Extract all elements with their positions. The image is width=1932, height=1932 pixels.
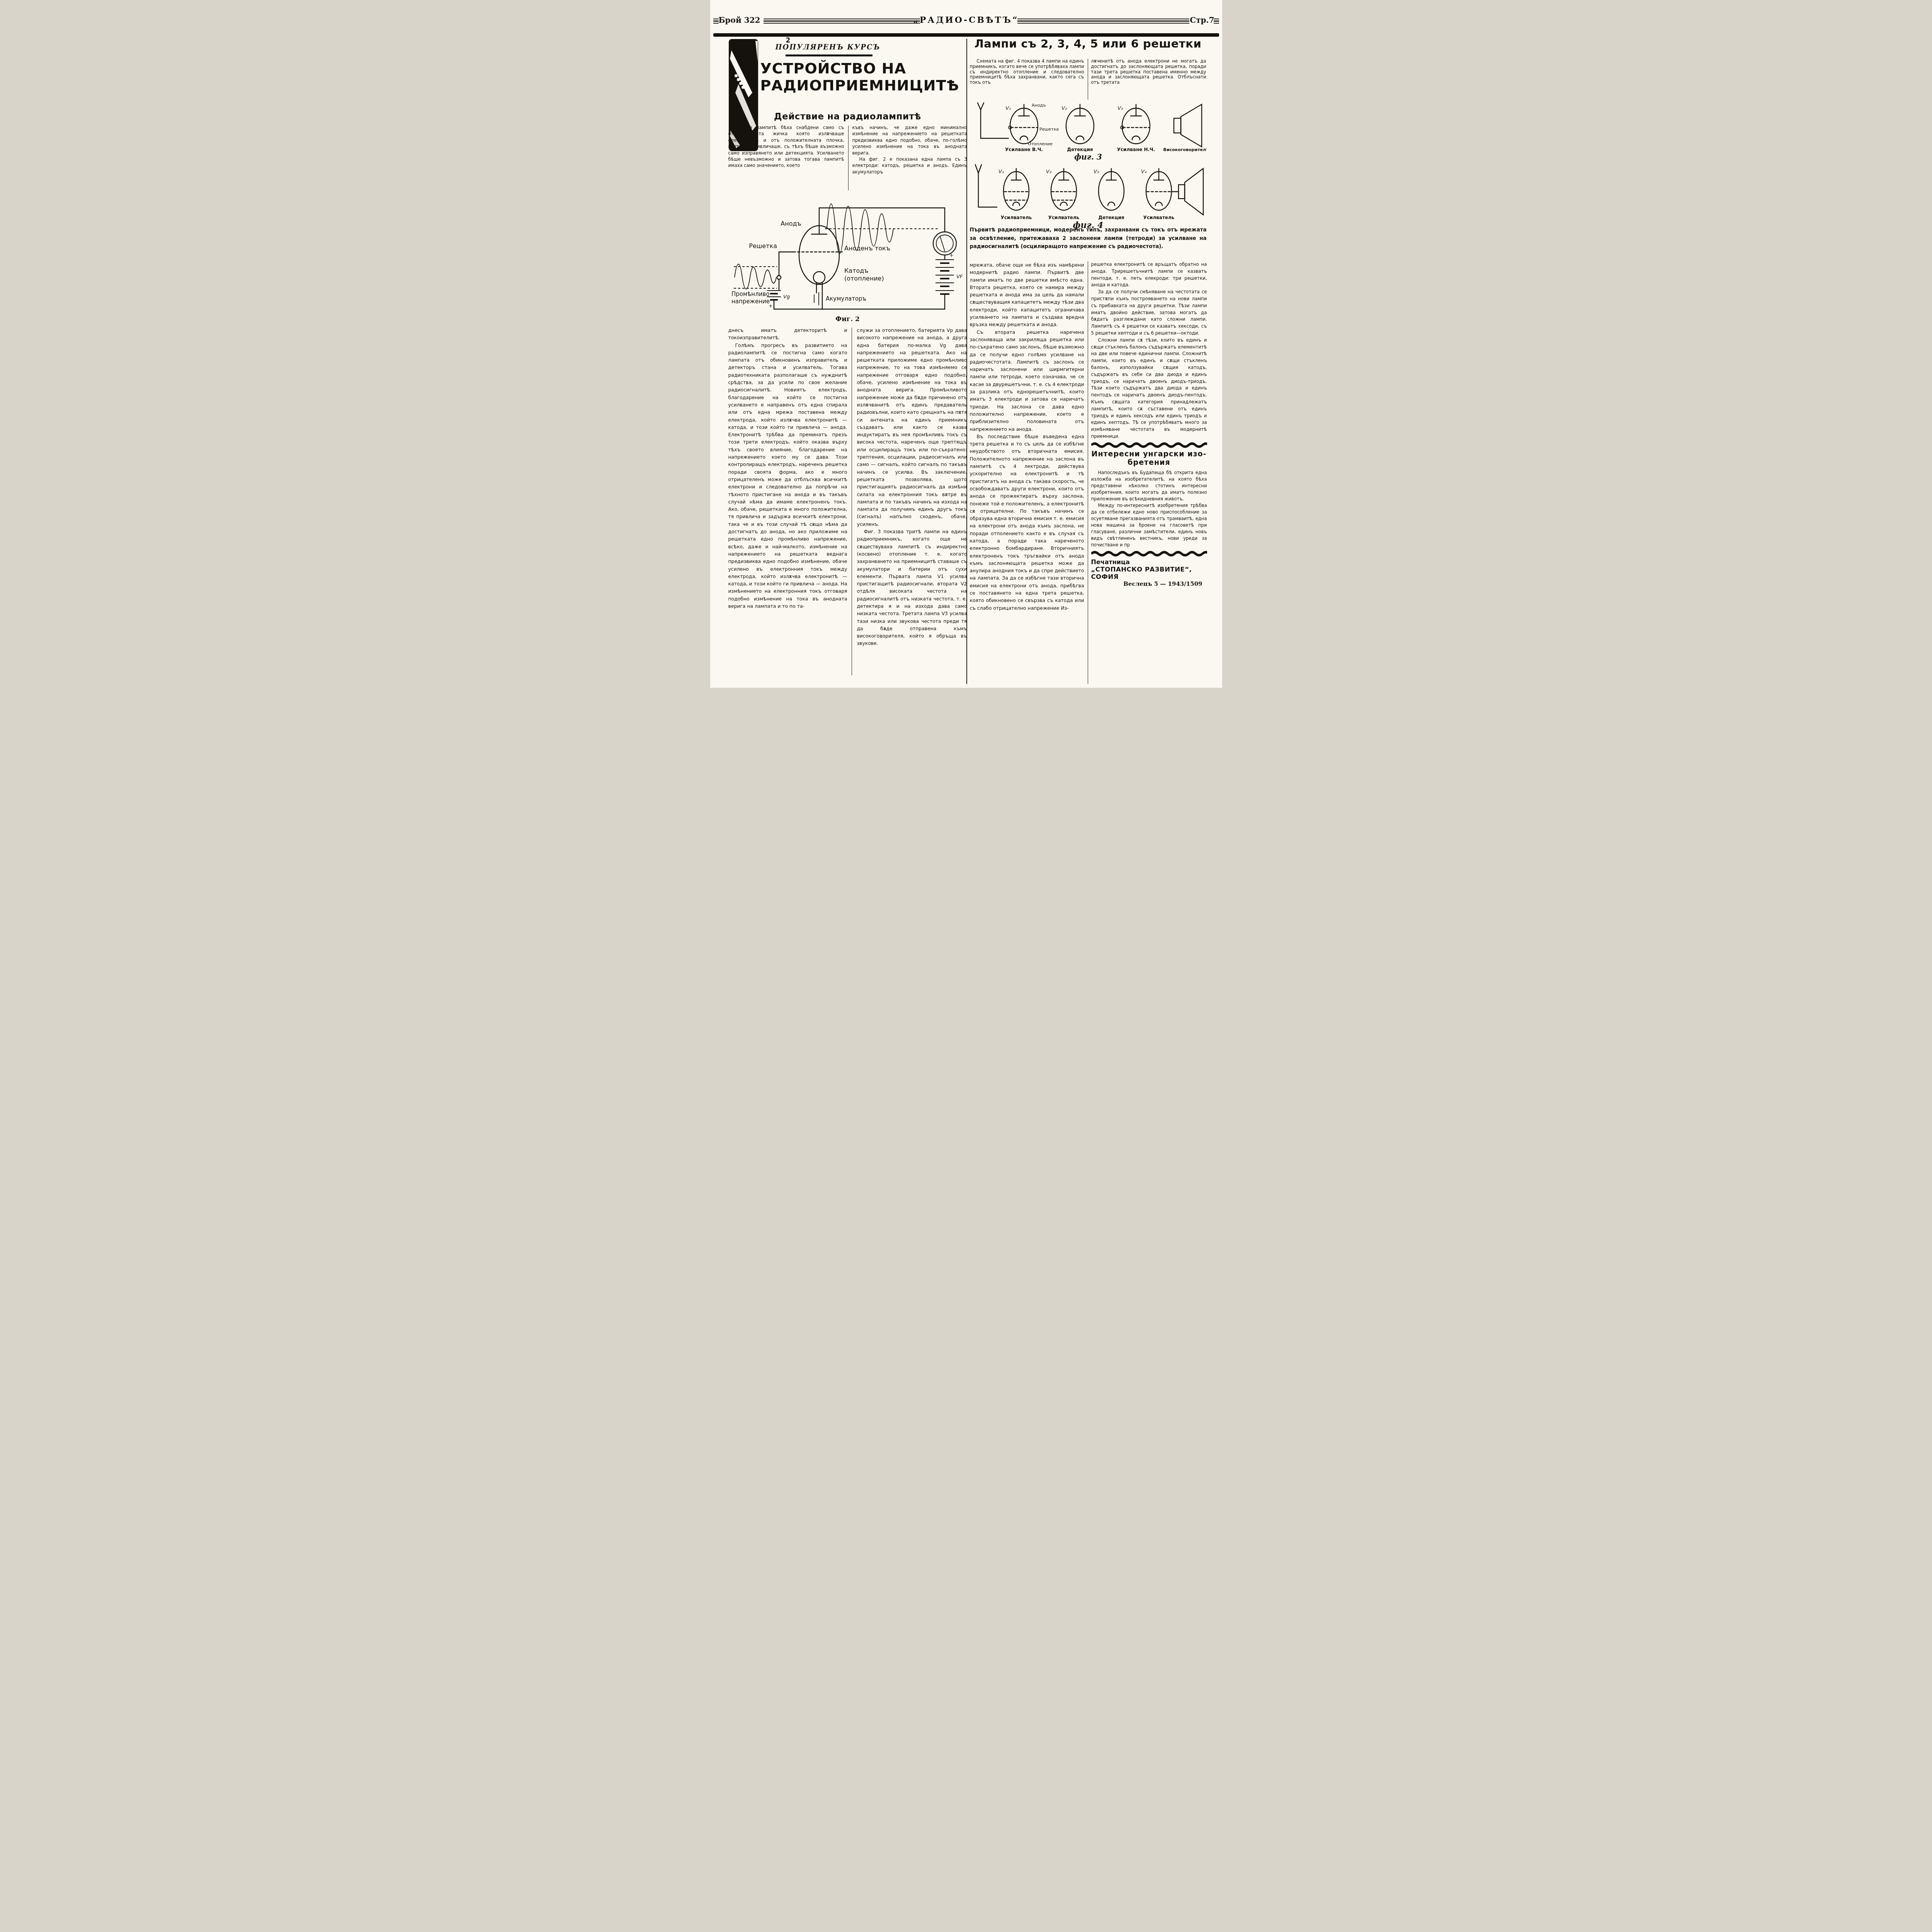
masthead-rule-edge-left [713, 19, 719, 24]
fig3-loudspeaker-horn [1174, 104, 1202, 147]
masthead-issue: Брой 322 [719, 15, 760, 25]
fig4-caption-stage4: Усилватель [1143, 215, 1174, 220]
paragraph: Сложни лампи сѫ тѣзи, които въ единъ и с… [1091, 337, 1207, 440]
divider-left-intro-cols [848, 126, 849, 190]
printer-address: Веслецъ 5 — 1943/1509 [1091, 580, 1207, 587]
fig2-cathode-label: Катодъ [844, 267, 869, 274]
fig4-v2-label: V₂ [1046, 169, 1051, 175]
hungarian-heading-line2: бретения [1091, 458, 1207, 467]
paragraph: Въ последствие бѣше въведена една трета … [970, 433, 1084, 612]
fig3-caption-stage3: Усилване Н.Ч. [1117, 147, 1155, 152]
left-intro-col2: къвъ начинъ, че даже едно минимално измѣ… [852, 124, 967, 192]
paragraph: решетка електронитѣ се връщатъ обратно н… [1091, 261, 1207, 289]
fig4-caption-stage2: Усилватель [1048, 215, 1079, 220]
fig4-tube-3 [1099, 168, 1124, 210]
printer-name: „СТОПАНСКО РАЗВИТИЕ“, СОФИЯ [1091, 566, 1207, 580]
paragraph: Докато лампитѣ бѣха снабдени само съ ото… [728, 124, 844, 169]
fig4-v4-label: V₄ [1141, 169, 1147, 175]
fig3-grid-label: Решетка [1039, 127, 1059, 132]
fig2-anode-label: Анодъ [781, 220, 801, 227]
paragraph: Схемата на фиг. 4 показва 4 лампи на еди… [970, 59, 1084, 85]
masthead-rule-left [764, 19, 920, 24]
fig2-accumulator-label: Акумулаторъ [826, 295, 866, 302]
fig3-tube-1 [1009, 104, 1038, 144]
figure-4-schematic: V₁ V₂ V₃ V₄ Усилватель Усилватель Детекц… [970, 162, 1207, 220]
paragraph: днесъ иматъ детекторитѣ и токоизправител… [728, 327, 847, 342]
fig3-caption-stage2: Детекция [1067, 147, 1093, 152]
divider-right-intro-cols [1088, 59, 1088, 100]
paragraph: къвъ начинъ, че даже едно минимално измѣ… [852, 124, 967, 156]
newspaper-page: Брой 322 „РАДИО-СВѢТЪ“ Стр.7 2 ПОПУЛЯРЕН… [710, 0, 1222, 688]
wavy-divider-top [1091, 442, 1207, 448]
paragraph: Напоследъкъ въ Будапеща бѣ открита една … [1091, 469, 1207, 502]
fig3-caption-speaker: Високоговорителъ [1163, 147, 1206, 152]
fig4-tube-2 [1051, 168, 1077, 210]
fig2-plus-sign: + [949, 253, 954, 259]
fig2-vg-label: Vg [783, 294, 790, 300]
masthead-rule-edge-right [1214, 19, 1219, 24]
figure-3: V₁ V₂ V₃ Анодъ Решетка Отопление Усилван… [970, 101, 1207, 162]
fig4-tube-1 [1003, 168, 1029, 210]
right-intro-col2: лѫченитѣ отъ анода електрони не могатъ д… [1091, 59, 1206, 100]
fig3-heating-label: Отопление [1028, 141, 1053, 146]
right-body-col2: решетка електронитѣ се връщатъ обратно н… [1091, 261, 1207, 684]
masthead-thick-rule [713, 33, 1219, 37]
fig4-tube-4 [1146, 168, 1172, 210]
kicker: ПОПУЛЯРЕНЪ КУРСЪ [764, 43, 892, 51]
fig2-cathode-label2: (отопление) [844, 275, 884, 282]
fig3-tube-3 [1121, 104, 1150, 144]
paragraph: Голѣмъ прогресъ въ развитието на радиола… [728, 342, 847, 610]
right-lead-paragraph: Първитѣ радиоприемници, модеренъ типъ, з… [970, 226, 1207, 251]
figure-3-caption: фиг. 3 [970, 152, 1207, 162]
hungarian-article-heading: Интересни унгарски изо- бретения [1091, 450, 1207, 467]
fig2-variable-voltage-label1: Промѣнливо [731, 291, 770, 298]
left-body-col2: служи за отоплението, батерията Vp дава … [857, 327, 967, 682]
paragraph: Между по-интереснитѣ изобретения трѣбва … [1091, 502, 1207, 548]
subtitle: Действие на радиолампитѣ [728, 112, 967, 122]
paragraph: мрежата, обаче още не бѣха изъ намѣрени … [970, 261, 1084, 328]
figure-2: + + Анодъ Решетка Аноденъ токъ Ка [728, 193, 967, 323]
right-body-col2-text: решетка електронитѣ се връщатъ обратно н… [1091, 261, 1207, 440]
wavy-divider-bottom [1091, 551, 1207, 557]
fig3-v1-label: V₁ [1005, 105, 1011, 111]
divider-right-body-cols [1088, 261, 1088, 684]
right-intro-col1: Схемата на фиг. 4 показва 4 лампи на еди… [970, 59, 1084, 100]
fig2-grid-label: Решетка [749, 242, 777, 250]
fig4-caption-stage1: Усилватель [1000, 215, 1032, 220]
figure-4: V₁ V₂ V₃ V₄ Усилватель Усилватель Детекц… [970, 162, 1207, 230]
right-article-heading: Лампи съ 2, 3, 4, 5 или 6 решетки [972, 37, 1204, 50]
fig3-v2-label: V₂ [1061, 105, 1067, 111]
fig3-caption-stage1: Усилване В.Ч. [1005, 147, 1043, 152]
figure-2-schematic: + + Анодъ Решетка Аноденъ токъ Ка [728, 193, 967, 315]
paragraph: На фиг. 2 е показана една лампа съ 3 еле… [852, 156, 967, 175]
right-body-col1: мрежата, обаче още не бѣха изъ намѣрени … [970, 261, 1084, 683]
main-title-line2: РАДИОПРИЕМНИЦИТѢ [760, 77, 969, 94]
hungarian-heading-line1: Интересни унгарски изо- [1091, 450, 1207, 458]
fig2-vf-label: VF [956, 274, 963, 280]
figure-3-schematic: V₁ V₂ V₃ Анодъ Решетка Отопление Усилван… [970, 101, 1207, 152]
masthead-page-number: Стр.7 [1190, 15, 1214, 25]
fig3-anode-label: Анодъ [1032, 103, 1046, 108]
kicker-underline [786, 54, 872, 56]
masthead-rule-right [1017, 19, 1189, 24]
hungarian-article-text: Напоследъкъ въ Будапеща бѣ открита една … [1091, 469, 1207, 548]
printer-label: Печатница [1091, 558, 1207, 566]
paragraph: За да се получи смѣняване на честотата с… [1091, 289, 1207, 337]
fig2-anode-current-label: Аноденъ токъ [844, 245, 890, 252]
divider-left-body-cols [852, 328, 852, 675]
fig4-loudspeaker [1179, 168, 1203, 215]
masthead-title: „РАДИО-СВѢТЪ“ [913, 15, 1019, 25]
figure-2-caption: Фиг. 2 [728, 315, 967, 323]
paragraph: Съ втората решетка наречена заслоняваща … [970, 328, 1084, 433]
fig2-variable-voltage-label2: напрежение [731, 298, 770, 305]
paragraph: Фиг. 3 показва тритѣ лампи на единъ ради… [857, 528, 967, 647]
left-intro-col1: Докато лампитѣ бѣха снабдени само съ ото… [728, 124, 844, 192]
fig3-tube-2 [1066, 104, 1094, 144]
fig4-caption-stage3: Детекция [1098, 215, 1124, 220]
left-body-col1: днесъ иматъ детекторитѣ и токоизправител… [728, 327, 847, 682]
paragraph: лѫченитѣ отъ анода електрони не могатъ д… [1091, 59, 1206, 85]
main-title-line1: УСТРОЙСТВО НА [760, 60, 969, 77]
fig3-v3-label: V₃ [1117, 105, 1123, 111]
paragraph: служи за отоплението, батерията Vp дава … [857, 327, 967, 528]
fig4-v3-label: V₃ [1094, 169, 1099, 175]
fig4-v1-label: V₁ [998, 169, 1004, 175]
